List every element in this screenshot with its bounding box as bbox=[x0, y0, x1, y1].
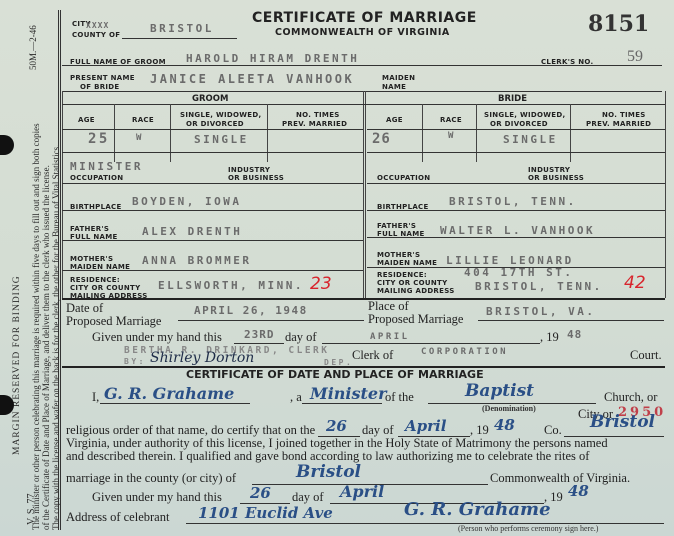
groom-occupation-label: Occupation bbox=[70, 174, 123, 182]
proposed-place: Bristol, Va. bbox=[486, 305, 595, 318]
ceremony-title: Certificate of Date and Place of Marriag… bbox=[186, 368, 484, 381]
bride-residence-code: 42 bbox=[624, 273, 646, 293]
groom-race-header: Race bbox=[132, 116, 154, 124]
groom-times-header: No. Times bbox=[296, 111, 340, 119]
county-prefix: marriage in the county (or city) of bbox=[66, 471, 236, 486]
instruction-line-2: of the Certificate of Date and Place of … bbox=[41, 165, 51, 530]
county-label: County of bbox=[72, 31, 120, 39]
bride-residence-label: Residence: bbox=[377, 271, 427, 279]
binding-margin: 50M.—2-46 V. S. 77 MARGIN RESERVED FOR B… bbox=[0, 0, 58, 536]
certificate-subtitle: Commonwealth of Virginia bbox=[275, 27, 450, 38]
ceremony-given-day: 26 bbox=[250, 484, 271, 502]
clerk-no-value: 59 bbox=[627, 48, 643, 66]
groom-father-label: Father's bbox=[70, 225, 109, 233]
place-label-2: Proposed Marriage bbox=[368, 312, 463, 327]
maiden-name-label-2: Name bbox=[382, 83, 406, 91]
clerk-of-label: Clerk of bbox=[352, 348, 393, 363]
denomination-value: Baptist bbox=[465, 381, 534, 401]
marriage-certificate: 50M.—2-46 V. S. 77 MARGIN RESERVED FOR B… bbox=[0, 0, 674, 536]
license-given-prefix: Given under my hand this bbox=[92, 330, 222, 345]
address-label: Address of celebrant bbox=[66, 510, 169, 525]
bride-father-label: Father's bbox=[377, 222, 416, 230]
groom-age: 25 bbox=[88, 131, 110, 147]
groom-mother: Anna Brommer bbox=[142, 254, 251, 267]
groom-industry-label-2: or Business bbox=[228, 174, 284, 182]
groom-status-header-2: or Divorced bbox=[186, 120, 244, 128]
bride-times-header-2: Prev. Married bbox=[586, 120, 651, 128]
bride-industry-label: Industry bbox=[528, 166, 570, 174]
bride-age: 26 bbox=[372, 131, 391, 147]
certificate-number: 8151 bbox=[588, 11, 649, 37]
license-month: April bbox=[370, 332, 410, 342]
ceremony-year: 48 bbox=[494, 416, 515, 434]
groom-residence-code: 23 bbox=[310, 274, 332, 294]
groom-times-header-2: Prev. Married bbox=[282, 120, 347, 128]
groom-race: W bbox=[136, 133, 144, 143]
groom-residence-label: Residence: bbox=[70, 276, 120, 284]
bride-residence-label-2: City or County bbox=[377, 279, 447, 287]
ceremony-county: Bristol bbox=[296, 462, 361, 482]
ceremony-day: 26 bbox=[326, 417, 347, 435]
bride-race: W bbox=[448, 131, 456, 141]
deputy-signature: Shirley Dorton bbox=[150, 350, 254, 366]
bride-industry-label-2: or Business bbox=[528, 174, 584, 182]
celebrant-address: 1101 Euclid Ave bbox=[198, 504, 333, 522]
bride-birthplace: Bristol, Tenn. bbox=[449, 195, 577, 208]
bride-residence-line-1: 404 17th St. bbox=[464, 266, 573, 279]
bride-times-header: No. Times bbox=[602, 111, 646, 119]
maiden-name-label-1: Maiden bbox=[382, 74, 415, 82]
license-day: 23rd bbox=[244, 328, 275, 341]
bride-heading: Bride bbox=[498, 94, 527, 104]
denomination-note: (Denomination) bbox=[482, 404, 536, 413]
groom-residence-label-2: City or County bbox=[70, 284, 140, 292]
groom-heading: Groom bbox=[192, 94, 228, 104]
groom-residence: Ellsworth, Minn. bbox=[158, 279, 304, 292]
ceremony-given-prefix: Given under my hand this bbox=[92, 490, 222, 505]
church-or-label: Church, or bbox=[604, 390, 657, 405]
bride-father: Walter L. Vanhook bbox=[440, 224, 595, 237]
ceremony-given-month: April bbox=[340, 482, 384, 501]
groom-industry-label: Industry bbox=[228, 166, 270, 174]
groom-name-value: Harold Hiram Drenth bbox=[186, 52, 359, 65]
bride-race-header: Race bbox=[440, 116, 462, 124]
by-label: By: bbox=[124, 357, 146, 366]
signature-note: (Person who performs ceremony sign here.… bbox=[458, 524, 598, 533]
bride-residence-line-2: Bristol, Tenn. bbox=[475, 280, 603, 293]
commonwealth-label: Commonwealth of Virginia. bbox=[490, 471, 630, 486]
punch-hole bbox=[0, 135, 14, 155]
bride-name-value: Janice Aleeta Vanhook bbox=[150, 72, 354, 86]
bride-mother-label: Mother's bbox=[377, 251, 420, 259]
bride-name-label-2: of Bride bbox=[80, 83, 120, 91]
bride-mother-label-2: Maiden Name bbox=[377, 259, 437, 267]
instruction-line-1: The minister or other person celebrating… bbox=[31, 123, 41, 530]
form-code: 50M.—2-46 bbox=[28, 25, 38, 70]
ceremony-place: Bristol bbox=[590, 412, 655, 432]
license-year: 48 bbox=[567, 328, 582, 341]
ceremony-month: April bbox=[405, 417, 446, 435]
city-value: Bristol bbox=[150, 22, 214, 35]
license-year-prefix: , 19 bbox=[540, 330, 559, 345]
officiant-role: Minister bbox=[310, 384, 387, 403]
celebrant-signature: G. R. Grahame bbox=[404, 499, 551, 520]
bride-occupation-label: Occupation bbox=[377, 174, 430, 182]
i-label: I, bbox=[92, 390, 99, 405]
bride-status-header: Single, Widowed, bbox=[484, 111, 565, 119]
bride-age-header: Age bbox=[386, 116, 403, 124]
bride-residence-label-3: Mailing Address bbox=[377, 287, 455, 295]
ceremony-given-day-of: day of bbox=[292, 490, 324, 505]
a-label: , a bbox=[290, 390, 302, 405]
license-day-of: day of bbox=[285, 330, 317, 345]
ceremony-given-year: 48 bbox=[568, 482, 589, 500]
groom-age-header: Age bbox=[78, 116, 95, 124]
certificate-title: Certificate of Marriage bbox=[252, 10, 477, 26]
court-value: Corporation bbox=[421, 347, 508, 357]
groom-status-header: Single, Widowed, bbox=[180, 111, 261, 119]
city-struck: XXXX bbox=[86, 21, 109, 30]
groom-occupation: Minister bbox=[70, 160, 143, 173]
officiant-name: G. R. Grahame bbox=[104, 384, 234, 403]
groom-birthplace: Boyden, Iowa bbox=[132, 195, 241, 208]
binding-note: MARGIN RESERVED FOR BINDING bbox=[12, 275, 22, 455]
groom-father: Alex Drenth bbox=[142, 225, 242, 238]
groom-status: Single bbox=[194, 133, 249, 146]
of-the-label: of the bbox=[385, 390, 414, 405]
proposed-date: April 26, 1948 bbox=[194, 304, 308, 317]
bride-name-label-1: Present Name bbox=[70, 74, 135, 82]
bride-status-header-2: or Divorced bbox=[490, 120, 548, 128]
bride-status: Single bbox=[503, 133, 558, 146]
groom-mother-label: Mother's bbox=[70, 255, 113, 263]
date-label-2: Proposed Marriage bbox=[66, 314, 161, 329]
court-label: Court. bbox=[630, 348, 662, 363]
